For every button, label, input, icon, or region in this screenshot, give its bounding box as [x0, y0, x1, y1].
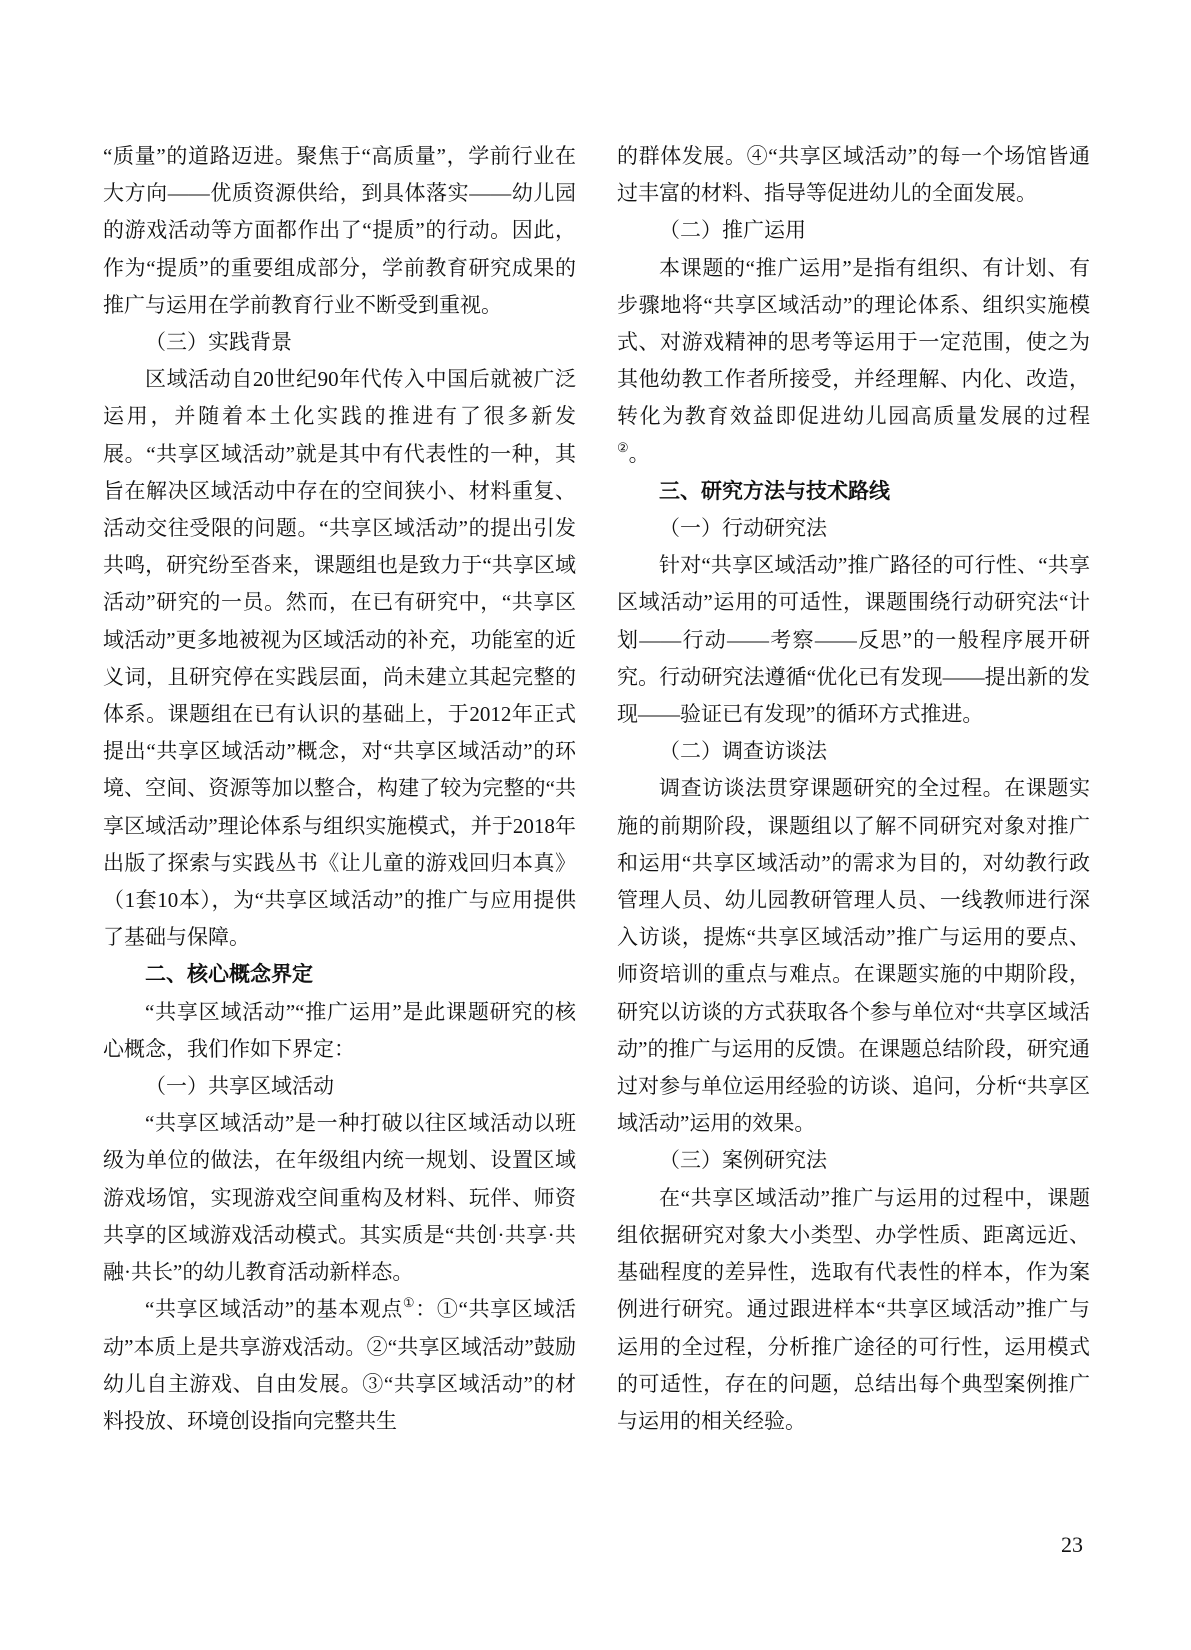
- text-segment: 区域活动自20世纪90年代传入中国后就被广泛运用，并随着本土化实践的推进有了很多…: [103, 367, 576, 949]
- text-segment: （三）案例研究法: [659, 1148, 827, 1172]
- sub-heading: （三）案例研究法: [617, 1142, 1090, 1179]
- sub-heading: （二）调查访谈法: [617, 733, 1090, 770]
- document-page: “质量”的道路迈进。聚焦于“高质量”，学前行业在大方向——优质资源供给，到具体落…: [0, 0, 1191, 1650]
- text-segment: 二、核心概念界定: [145, 963, 313, 986]
- sub-heading: （三）实践背景: [103, 324, 576, 361]
- text-segment: 。: [629, 442, 650, 466]
- text-segment: （二）推广运用: [659, 218, 806, 242]
- text-segment: （二）调查访谈法: [659, 739, 827, 763]
- body-paragraph: “共享区域活动”的基本观点①：①“共享区域活动”本质上是共享游戏活动。②“共享区…: [103, 1291, 576, 1440]
- text-segment: “共享区域活动”“推广运用”是此课题研究的核心概念，我们作如下界定：: [103, 1000, 576, 1061]
- text-segment: 针对“共享区域活动”推广路径的可行性、“共享区域活动”运用的可适性，课题围绕行动…: [617, 553, 1090, 726]
- text-segment: “质量”的道路迈进。聚焦于“高质量”，学前行业在大方向——优质资源供给，到具体落…: [103, 144, 576, 317]
- text-segment: 调查访谈法贯穿课题研究的全过程。在课题实施的前期阶段，课题组以了解不同研究对象对…: [617, 776, 1090, 1135]
- text-column-left: “质量”的道路迈进。聚焦于“高质量”，学前行业在大方向——优质资源供给，到具体落…: [103, 138, 576, 1440]
- text-segment: “共享区域活动”是一种打破以往区域活动以班级为单位的做法，在年级组内统一规划、设…: [103, 1111, 576, 1284]
- body-paragraph: 的群体发展。④“共享区域活动”的每一个场馆皆通过丰富的材料、指导等促进幼儿的全面…: [617, 138, 1090, 212]
- footnote-marker: ②: [617, 440, 629, 455]
- section-heading: 二、核心概念界定: [103, 956, 576, 993]
- section-heading: 三、研究方法与技术路线: [617, 473, 1090, 510]
- sub-heading: （一）行动研究法: [617, 510, 1090, 547]
- text-segment: （三）实践背景: [145, 330, 292, 354]
- body-paragraph: 在“共享区域活动”推广与运用的过程中，课题组依据研究对象大小类型、办学性质、距离…: [617, 1180, 1090, 1440]
- text-segment: （一）共享区域活动: [145, 1074, 334, 1098]
- body-paragraph: 本课题的“推广运用”是指有组织、有计划、有步骤地将“共享区域活动”的理论体系、组…: [617, 250, 1090, 473]
- page-number: 23: [1052, 1532, 1092, 1558]
- body-paragraph: 调查访谈法贯穿课题研究的全过程。在课题实施的前期阶段，课题组以了解不同研究对象对…: [617, 770, 1090, 1142]
- body-paragraph: “质量”的道路迈进。聚焦于“高质量”，学前行业在大方向——优质资源供给，到具体落…: [103, 138, 576, 324]
- text-segment: （一）行动研究法: [659, 516, 827, 540]
- document-columns: “质量”的道路迈进。聚焦于“高质量”，学前行业在大方向——优质资源供给，到具体落…: [103, 138, 1090, 1440]
- text-segment: 三、研究方法与技术路线: [659, 480, 890, 503]
- text-segment: 在“共享区域活动”推广与运用的过程中，课题组依据研究对象大小类型、办学性质、距离…: [617, 1186, 1090, 1433]
- body-paragraph: “共享区域活动”“推广运用”是此课题研究的核心概念，我们作如下界定：: [103, 994, 576, 1068]
- sub-heading: （二）推广运用: [617, 212, 1090, 249]
- text-segment: “共享区域活动”的基本观点: [145, 1297, 403, 1321]
- text-column-right: 的群体发展。④“共享区域活动”的每一个场馆皆通过丰富的材料、指导等促进幼儿的全面…: [617, 138, 1090, 1440]
- footnote-marker: ①: [403, 1295, 415, 1310]
- text-segment: 本课题的“推广运用”是指有组织、有计划、有步骤地将“共享区域活动”的理论体系、组…: [617, 256, 1090, 429]
- body-paragraph: 区域活动自20世纪90年代传入中国后就被广泛运用，并随着本土化实践的推进有了很多…: [103, 361, 576, 956]
- sub-heading: （一）共享区域活动: [103, 1068, 576, 1105]
- text-segment: 的群体发展。④“共享区域活动”的每一个场馆皆通过丰富的材料、指导等促进幼儿的全面…: [617, 144, 1090, 205]
- body-paragraph: 针对“共享区域活动”推广路径的可行性、“共享区域活动”运用的可适性，课题围绕行动…: [617, 547, 1090, 733]
- body-paragraph: “共享区域活动”是一种打破以往区域活动以班级为单位的做法，在年级组内统一规划、设…: [103, 1105, 576, 1291]
